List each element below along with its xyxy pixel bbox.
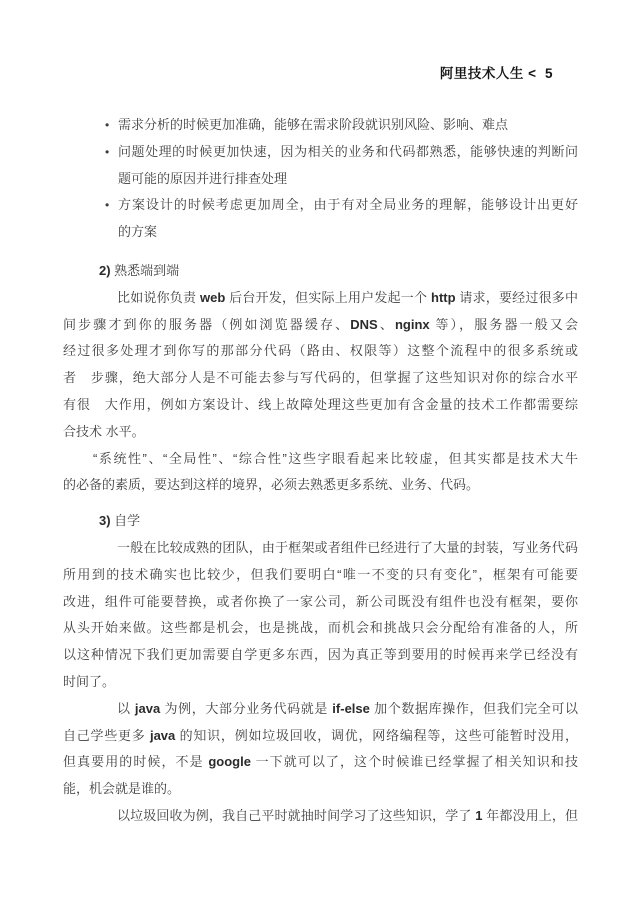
text-run: 但真要用的时候，不是 google 一下就可以了，这个时候谁已经掌握了相关知识和… bbox=[63, 754, 578, 769]
text-run: 的方案 bbox=[118, 224, 157, 239]
text-run: 有很 大作用，例如方案设计、线上故障处理这些更加有含金量的技术工作都需要综 bbox=[63, 397, 578, 412]
text-line: 能，机会就是谁的。 bbox=[63, 776, 578, 803]
text-run: 所用到的技术确实也比较少，但我们要明白“唯一不变的只有变化”，框架有可能要 bbox=[63, 567, 578, 582]
text-line: 经过很多处理才到你写的那部分代码（路由、权限等）这整个流程中的很多系统或 bbox=[63, 338, 578, 365]
text-line: 的方案 bbox=[63, 219, 578, 246]
text-line: 间步骤才到你的服务器（例如浏览器缓存、DNS、nginx 等），服务器一般又会 bbox=[63, 312, 578, 339]
text-run: 者 步骤，绝大部分人是不可能去参与写代码的，但掌握了这些知识对你的综合水平 bbox=[63, 370, 578, 385]
bullet-line: •方案设计的时候考虑更加周全，由于有对全局业务的理解，能够设计出更好 bbox=[63, 192, 578, 219]
text-run: 从头开始来做。这些都是机会，也是挑战，而机会和挑战只会分配给有准备的人，所 bbox=[63, 620, 578, 635]
text-line: 题可能的原因并进行排查处理 bbox=[63, 166, 578, 193]
text-line: 比如说你负责 web 后台开发，但实际上用户发起一个 http 请求，要经过很多… bbox=[63, 285, 578, 312]
text-line: “系统性”、“全局性”、“综合性”这些字眼看起来比较虚，但其实都是技术大牛 bbox=[63, 446, 578, 473]
text-run: 需求分析的时候更加准确，能够在需求阶段就识别风险、影响、难点 bbox=[118, 117, 508, 132]
bullet-line: •需求分析的时候更加准确，能够在需求阶段就识别风险、影响、难点 bbox=[63, 112, 578, 139]
text-line: 合技术 水平。 bbox=[63, 419, 578, 446]
text-run: 方案设计的时候考虑更加周全，由于有对全局业务的理解，能够设计出更好 bbox=[118, 197, 578, 212]
text-line: 有很 大作用，例如方案设计、线上故障处理这些更加有含金量的技术工作都需要综 bbox=[63, 392, 578, 419]
text-line: 以垃圾回收为例，我自己平时就抽时间学习了这些知识，学了 1 年都没用上，但 bbox=[63, 803, 578, 830]
text-run: 以 java 为例，大部分业务代码就是 if-else 加个数据库操作，但我们完… bbox=[117, 701, 578, 716]
text-run: “系统性”、“全局性”、“综合性”这些字眼看起来比较虚，但其实都是技术大牛 bbox=[93, 451, 578, 466]
text-line: 但真要用的时候，不是 google 一下就可以了，这个时候谁已经掌握了相关知识和… bbox=[63, 749, 578, 776]
text-run: 合技术 水平。 bbox=[63, 424, 145, 439]
text-run: 3) 自学 bbox=[99, 513, 140, 528]
text-line: 所用到的技术确实也比较少，但我们要明白“唯一不变的只有变化”，框架有可能要 bbox=[63, 562, 578, 589]
text-run: 时间了。 bbox=[63, 674, 115, 689]
text-run: 2) 熟悉端到端 bbox=[99, 263, 179, 278]
text-line: 自己学些更多 java 的知识，例如垃圾回收，调优，网络编程等，这些可能暂时没用… bbox=[63, 723, 578, 750]
text-run: 比如说你负责 web 后台开发，但实际上用户发起一个 http 请求，要经过很多… bbox=[117, 290, 578, 305]
text-run: 以垃圾回收为例，我自己平时就抽时间学习了这些知识，学了 1 年都没用上，但 bbox=[117, 808, 578, 823]
text-line: 改进，组件可能要替换，或者你换了一家公司，新公司既没有组件也没有框架，要你 bbox=[63, 589, 578, 616]
page-header: 阿里技术人生 < 5 bbox=[440, 62, 553, 82]
document-page: 阿里技术人生 < 5 •需求分析的时候更加准确，能够在需求阶段就识别风险、影响、… bbox=[0, 0, 642, 907]
text-run: 题可能的原因并进行排查处理 bbox=[118, 171, 287, 186]
bullet-icon: • bbox=[105, 112, 109, 139]
document-body: •需求分析的时候更加准确，能够在需求阶段就识别风险、影响、难点•问题处理的时候更… bbox=[63, 112, 578, 830]
text-run: 以这种情况下我们更加需要自学更多东西，因为真正等到要用的时候再来学已经没有 bbox=[63, 647, 578, 662]
bullet-icon: • bbox=[105, 192, 109, 219]
text-run: 能，机会就是谁的。 bbox=[63, 781, 180, 796]
text-line: 以 java 为例，大部分业务代码就是 if-else 加个数据库操作，但我们完… bbox=[63, 696, 578, 723]
text-run: 经过很多处理才到你写的那部分代码（路由、权限等）这整个流程中的很多系统或 bbox=[63, 343, 578, 358]
text-line: 2) 熟悉端到端 bbox=[63, 258, 578, 285]
text-line: 时间了。 bbox=[63, 669, 578, 696]
text-line: 从头开始来做。这些都是机会，也是挑战，而机会和挑战只会分配给有准备的人，所 bbox=[63, 615, 578, 642]
text-line: 者 步骤，绝大部分人是不可能去参与写代码的，但掌握了这些知识对你的综合水平 bbox=[63, 365, 578, 392]
text-line: 3) 自学 bbox=[63, 508, 578, 535]
text-run: 问题处理的时候更加快速，因为相关的业务和代码都熟悉，能够快速的判断问 bbox=[118, 144, 578, 159]
text-line: 的必备的素质，要达到这样的境界，必须去熟悉更多系统、业务、代码。 bbox=[63, 472, 578, 499]
text-line: 以这种情况下我们更加需要自学更多东西，因为真正等到要用的时候再来学已经没有 bbox=[63, 642, 578, 669]
bullet-icon: • bbox=[105, 139, 109, 166]
text-run: 改进，组件可能要替换，或者你换了一家公司，新公司既没有组件也没有框架，要你 bbox=[63, 594, 578, 609]
text-run: 间步骤才到你的服务器（例如浏览器缓存、DNS、nginx 等），服务器一般又会 bbox=[63, 317, 578, 332]
text-run: 的必备的素质，要达到这样的境界，必须去熟悉更多系统、业务、代码。 bbox=[63, 477, 479, 492]
bullet-line: •问题处理的时候更加快速，因为相关的业务和代码都熟悉，能够快速的判断问 bbox=[63, 139, 578, 166]
text-line: 一般在比较成熟的团队，由于框架或者组件已经进行了大量的封装，写业务代码 bbox=[63, 535, 578, 562]
text-run: 自己学些更多 java 的知识，例如垃圾回收，调优，网络编程等，这些可能暂时没用… bbox=[63, 728, 578, 743]
text-run: 一般在比较成熟的团队，由于框架或者组件已经进行了大量的封装，写业务代码 bbox=[117, 540, 578, 555]
